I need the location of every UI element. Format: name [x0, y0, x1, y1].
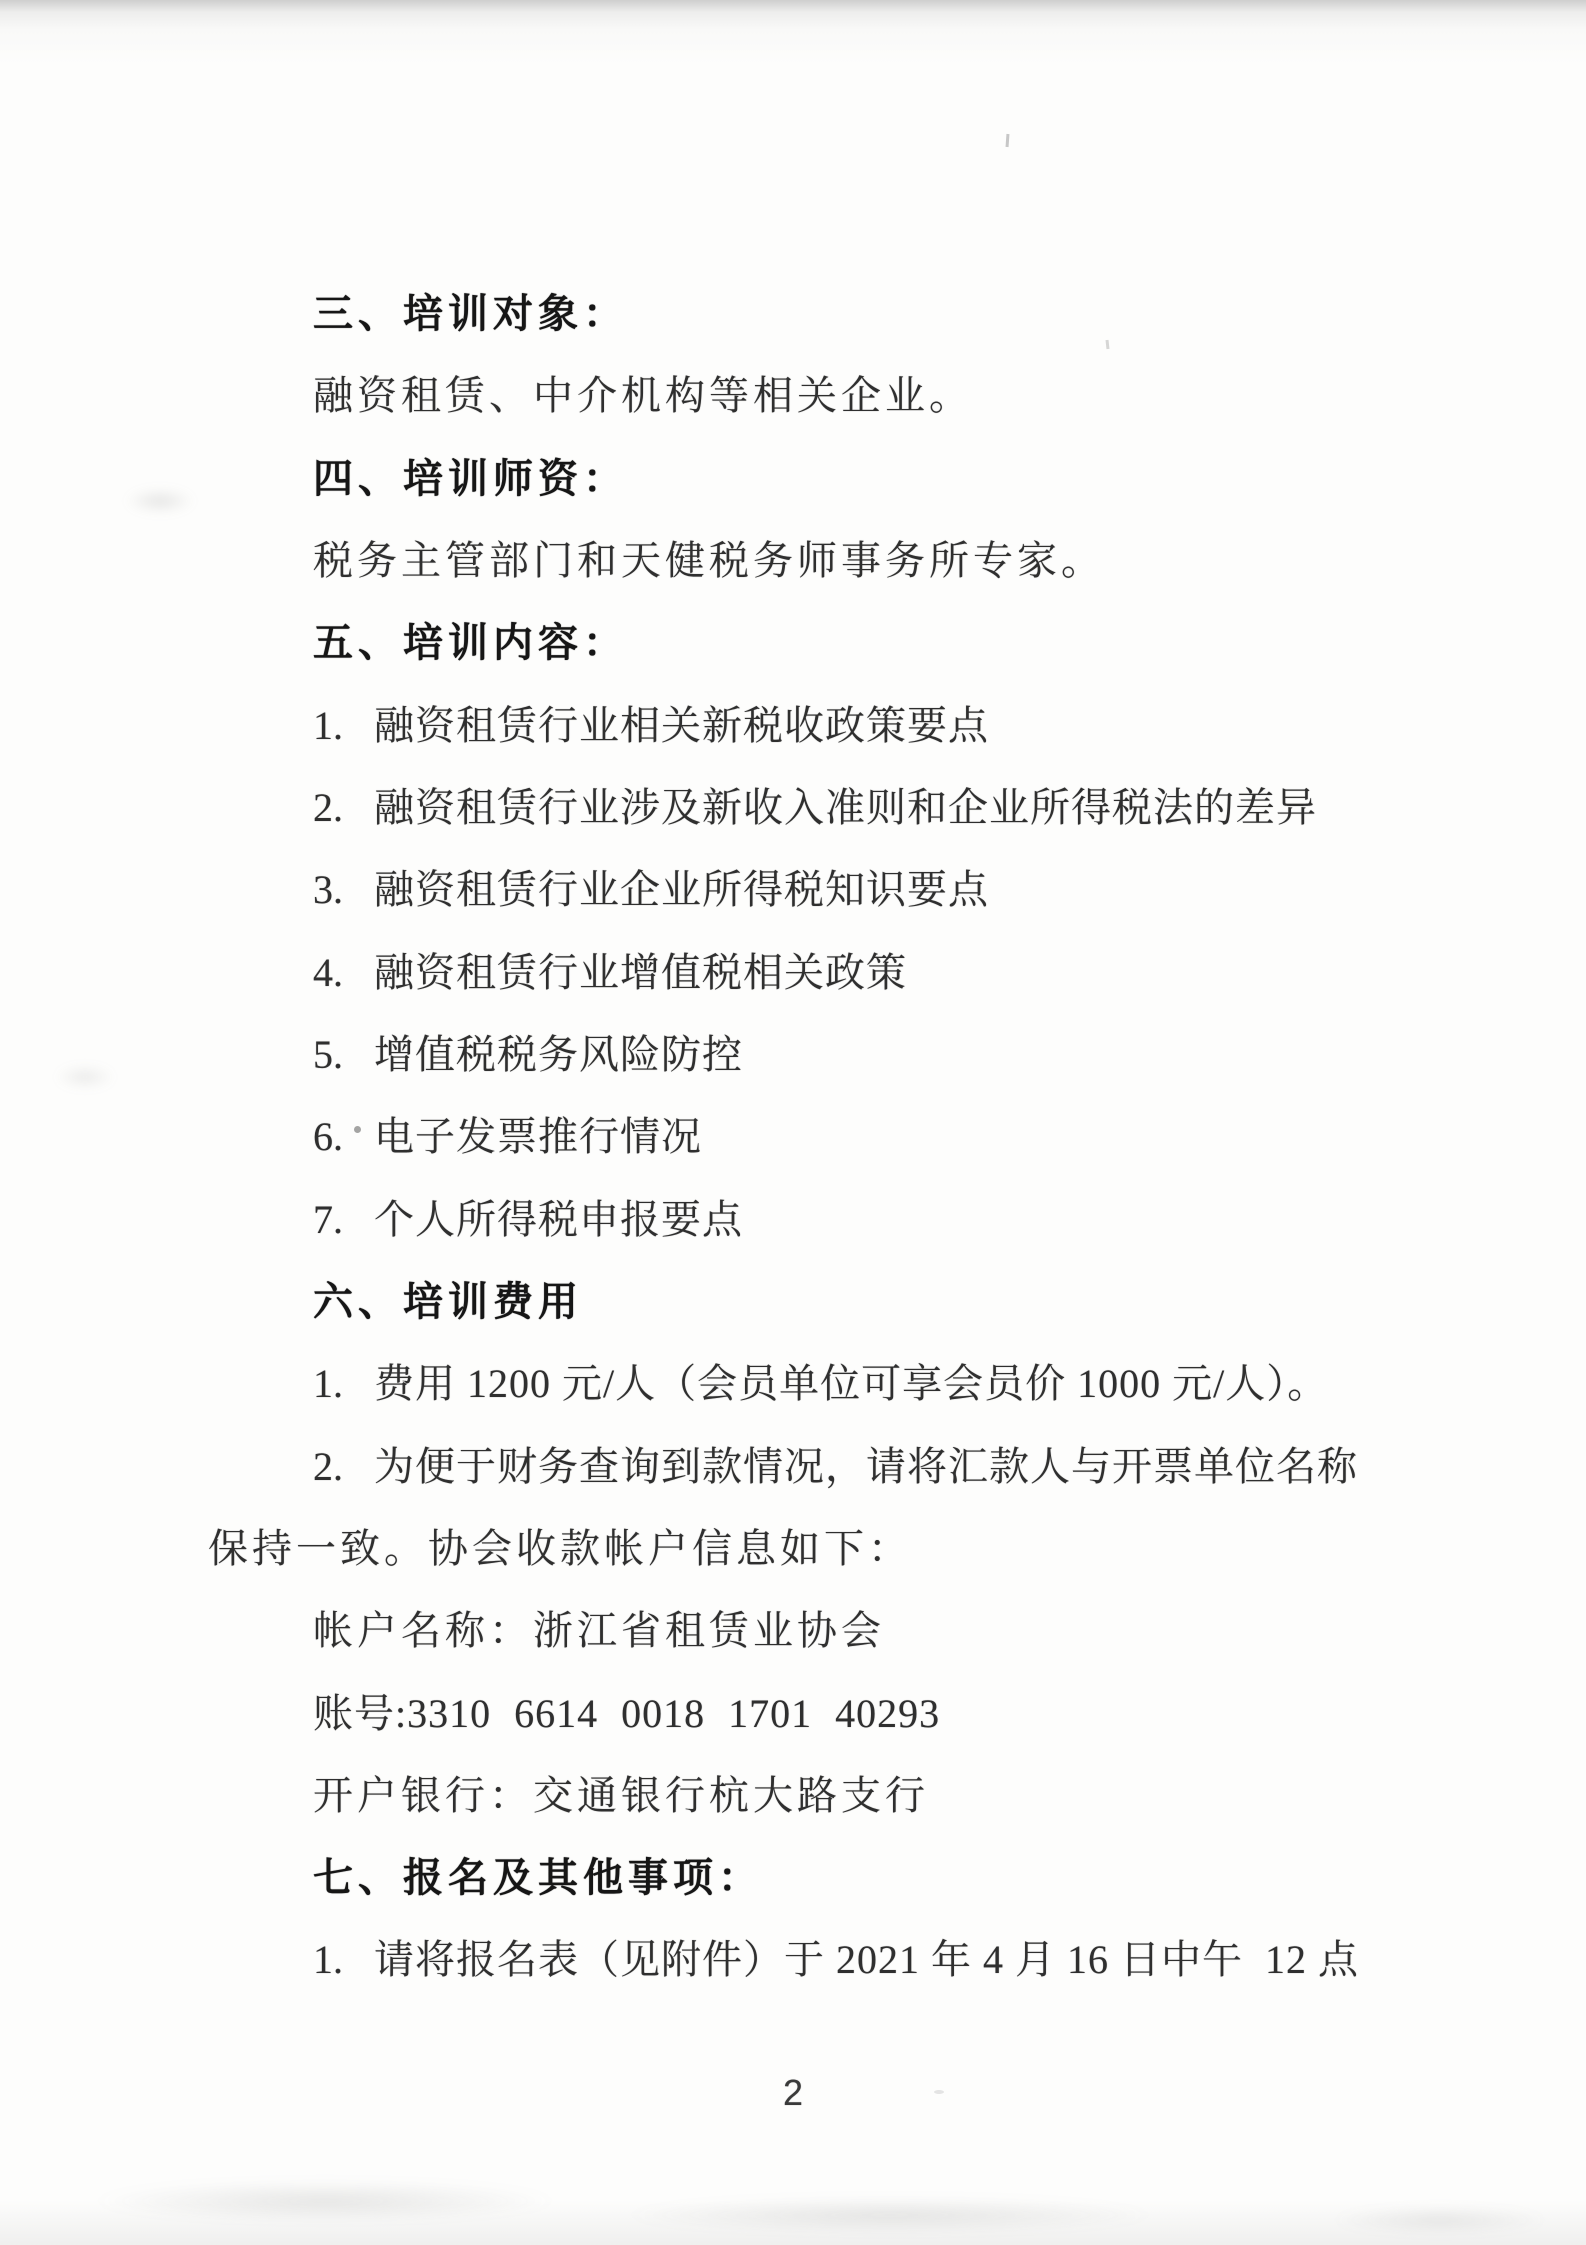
list-item-text: 为便于财务查询到款情况，请将汇款人与开票单位名称 — [374, 1444, 1358, 1489]
list-item-content-7: 7.个人所得税申报要点 — [313, 1196, 743, 1244]
section-heading-5-content: 五、培训内容： — [313, 619, 628, 667]
list-item-number: 6. — [313, 1113, 374, 1161]
list-item-text: 请将报名表（见附件）于 2021 年 4 月 16 日中午 12 点 — [374, 1937, 1359, 1982]
account-name-line: 帐户名称：浙江省租赁业协会 — [313, 1607, 885, 1655]
list-item-number: 2. — [313, 1443, 374, 1491]
list-item-number: 4. — [313, 949, 374, 997]
paragraph-fee-2-continuation: 保持一致。协会收款帐户信息如下： — [208, 1525, 912, 1573]
section-heading-7-registration: 七、报名及其他事项： — [313, 1854, 763, 1902]
bank-name-line: 开户银行：交通银行杭大路支行 — [313, 1772, 929, 1820]
list-item-text: 电子发票推行情况 — [374, 1114, 702, 1159]
list-item-content-4: 4.融资租赁行业增值税相关政策 — [313, 949, 907, 997]
scan-smudge — [90, 2180, 560, 2222]
list-item-text: 融资租赁行业企业所得税知识要点 — [374, 867, 989, 912]
scan-speck — [1006, 134, 1010, 147]
page-number: 2 — [0, 2072, 1586, 2114]
scan-smudge — [125, 488, 195, 514]
scan-smudge — [55, 1065, 115, 1089]
list-item-number: 7. — [313, 1196, 374, 1244]
list-item-text: 增值税税务风险防控 — [374, 1032, 743, 1077]
list-item-number: 5. — [313, 1031, 374, 1079]
list-item-content-2: 2.融资租赁行业涉及新收入准则和企业所得税法的差异 — [313, 784, 1317, 832]
list-item-registration-1: 1.请将报名表（见附件）于 2021 年 4 月 16 日中午 12 点 — [313, 1936, 1359, 1984]
scan-speck — [1106, 340, 1110, 349]
section-heading-3-training-targets: 三、培训对象： — [313, 290, 628, 338]
list-item-text: 个人所得税申报要点 — [374, 1197, 743, 1242]
list-item-number: 1. — [313, 1360, 374, 1408]
list-item-number: 1. — [313, 702, 374, 750]
scan-top-shadow — [0, 0, 1586, 70]
list-item-fee-1: 1.费用 1200 元/人（会员单位可享会员价 1000 元/人）。 — [313, 1360, 1328, 1408]
list-item-number: 1. — [313, 1936, 374, 1984]
list-item-number: 3. — [313, 866, 374, 914]
list-item-text: 融资租赁行业增值税相关政策 — [374, 950, 907, 995]
list-item-content-1: 1.融资租赁行业相关新税收政策要点 — [313, 702, 989, 750]
paragraph-trainers: 税务主管部门和天健税务师事务所专家。 — [313, 537, 1105, 585]
scanned-document-page: 三、培训对象： 融资租赁、中介机构等相关企业。 四、培训师资： 税务主管部门和天… — [0, 0, 1586, 2245]
list-item-content-5: 5.增值税税务风险防控 — [313, 1031, 743, 1079]
list-item-content-6: 6.电子发票推行情况 — [313, 1113, 702, 1161]
list-item-text: 融资租赁行业相关新税收政策要点 — [374, 703, 989, 748]
scan-bottom-shadow — [0, 2200, 1586, 2245]
list-item-content-3: 3.融资租赁行业企业所得税知识要点 — [313, 866, 989, 914]
list-item-number: 2. — [313, 784, 374, 832]
scan-smudge — [620, 2196, 1160, 2234]
section-heading-6-fees: 六、培训费用 — [313, 1278, 583, 1326]
paragraph-training-targets: 融资租赁、中介机构等相关企业。 — [313, 372, 973, 420]
account-number-line: 账号:3310 6614 0018 1701 40293 — [313, 1690, 940, 1738]
list-item-text: 融资租赁行业涉及新收入准则和企业所得税法的差异 — [374, 785, 1317, 830]
list-item-fee-2: 2.为便于财务查询到款情况，请将汇款人与开票单位名称 — [313, 1443, 1358, 1491]
scan-smudge — [1330, 2205, 1550, 2235]
list-item-text: 费用 1200 元/人（会员单位可享会员价 1000 元/人）。 — [374, 1361, 1328, 1406]
section-heading-4-trainers: 四、培训师资： — [313, 455, 628, 503]
